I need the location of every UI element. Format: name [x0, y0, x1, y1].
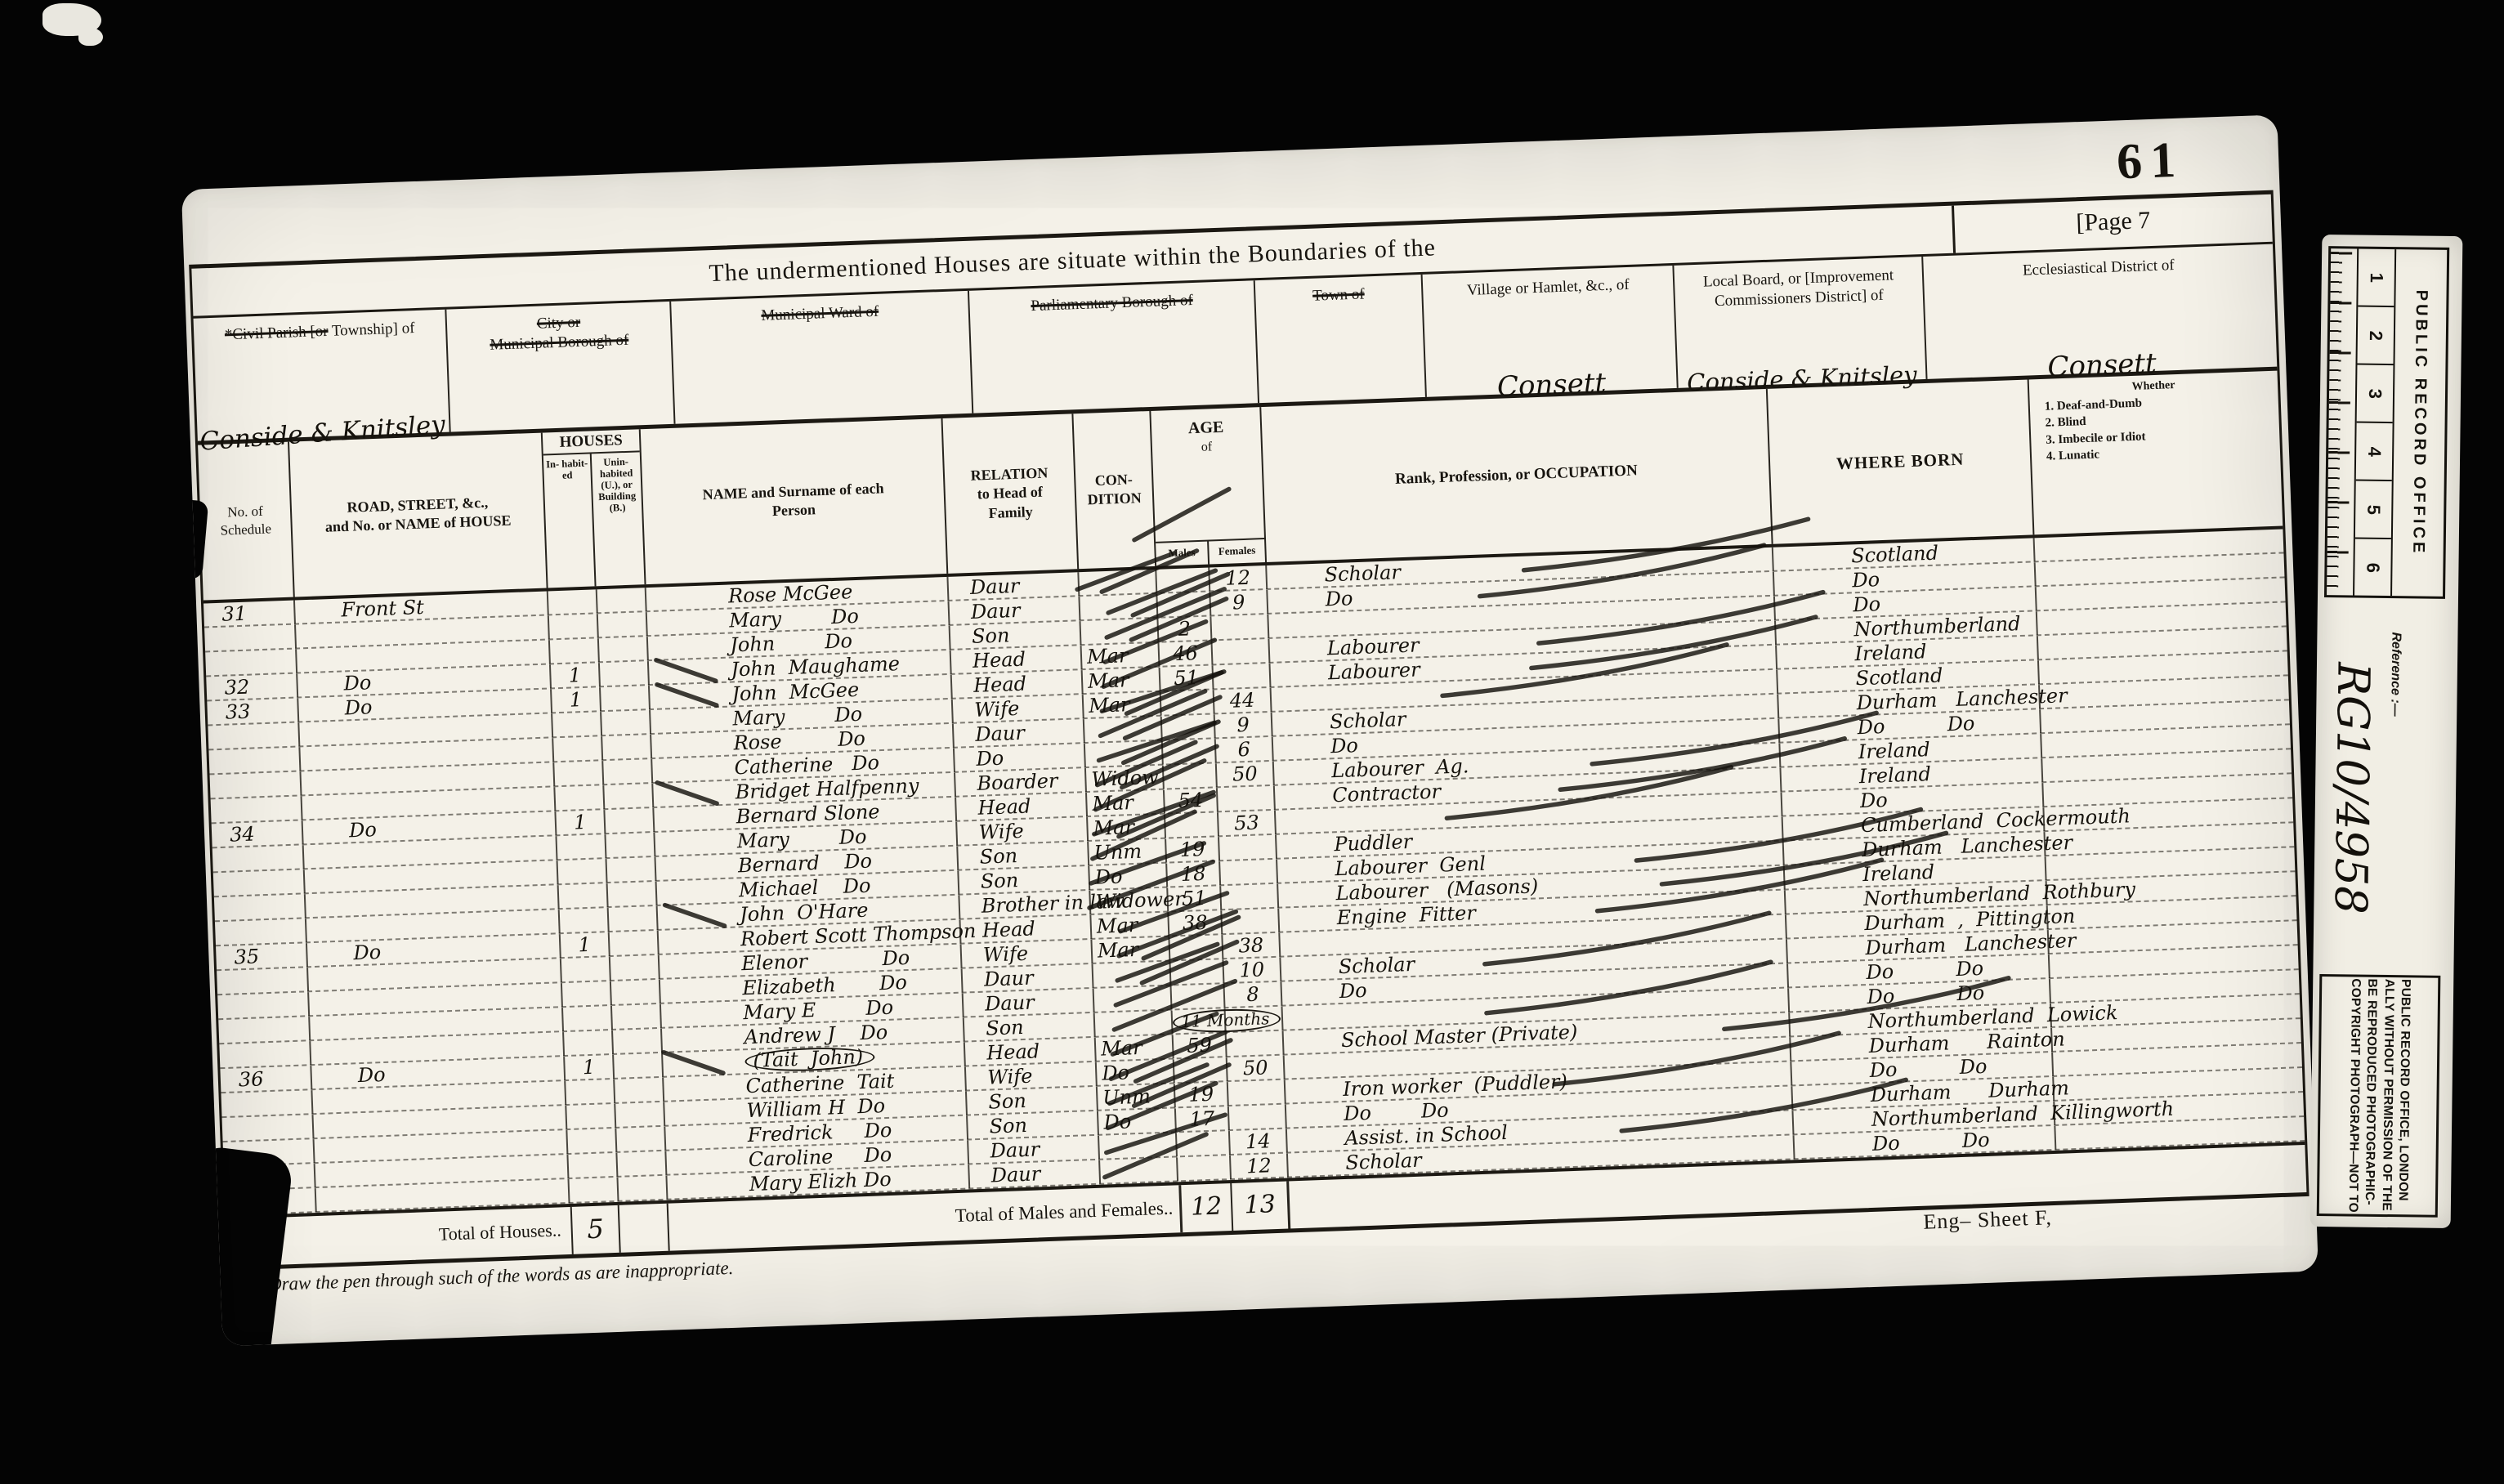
age-females-cell: 38	[1223, 933, 1281, 959]
age-males-cell: 11 Months	[1173, 1008, 1227, 1034]
inhabited-cell: 1	[565, 1055, 615, 1080]
uninhabited-cell	[597, 588, 647, 613]
age-females-cell	[1228, 1080, 1286, 1106]
ruler-number-cell: 4	[2356, 423, 2393, 482]
schedule-cell	[210, 771, 302, 798]
boundary-civil-parish: *Civil Parish [or Township] of Conside &…	[194, 310, 451, 441]
header-name: NAME and Surname of eachPerson	[641, 418, 949, 584]
condition-cell: Mar	[1091, 913, 1169, 939]
header-males: Males	[1156, 541, 1210, 565]
header-relation: RELATIONto Head ofFamily	[942, 413, 1079, 574]
inhabited-cell: 1	[552, 687, 601, 713]
age-females-cell	[1218, 786, 1276, 811]
torn-edge	[181, 1145, 294, 1346]
reference-value-wrap: RG10/4958	[2318, 612, 2386, 964]
age-females-cell	[1226, 1007, 1284, 1032]
age-males-cell: 59	[1174, 1033, 1227, 1058]
inhabited-cell	[553, 736, 603, 762]
age-males-cell: 19	[1166, 837, 1220, 862]
age-males-cell: 18	[1167, 861, 1221, 887]
age-males-cell: 51	[1160, 665, 1214, 691]
age-females-cell: 8	[1224, 982, 1282, 1008]
schedule-cell: 35	[216, 943, 308, 970]
pro-title: PUBLIC RECORD OFFICE	[2408, 290, 2430, 556]
header-uninhabited: Unin- habited (U.), or Building (B.)	[592, 450, 645, 586]
relation-cell: Wife	[966, 1062, 1098, 1091]
inhabited-cell: 1	[556, 810, 606, 835]
age-males-cell: 38	[1169, 910, 1223, 936]
uninhabited-cell	[608, 882, 658, 907]
inhabited-cell	[550, 638, 600, 664]
age-females-cell: 53	[1218, 811, 1277, 836]
uninhabited-cell	[610, 955, 660, 981]
page-label: [Page 7	[1952, 194, 2273, 253]
uninhabited-cell	[604, 784, 654, 809]
ruler-number-cell: 3	[2357, 365, 2394, 424]
age-females-cell	[1219, 835, 1277, 860]
inhabited-cell	[566, 1104, 616, 1129]
schedule-cell	[218, 1017, 311, 1044]
inhabited-cell	[552, 712, 602, 737]
inhabited-cell	[570, 1178, 619, 1203]
relation-cell: Son	[959, 866, 1090, 895]
ruler-box: 123456 PUBLIC RECORD OFFICE	[2324, 246, 2449, 599]
age-males-cell: 2	[1158, 616, 1212, 641]
condition-cell: Unm	[1089, 839, 1167, 865]
relation-cell: Brother in law	[959, 891, 1091, 919]
relation-cell: Daur	[950, 597, 1081, 625]
total-males: 12	[1178, 1183, 1233, 1232]
condition-cell: Mar	[1096, 1035, 1174, 1061]
schedule-cell: 34	[212, 820, 304, 847]
relation-cell: Head	[956, 793, 1088, 821]
reference-label: Reference :—	[2387, 632, 2403, 716]
ruler-number-cell: 1	[2358, 249, 2394, 308]
age-females-cell	[1221, 884, 1279, 910]
condition-cell: Mar	[1082, 643, 1160, 669]
uninhabited-cell	[606, 833, 655, 858]
inhabited-cell	[559, 883, 609, 909]
uninhabited-cell	[600, 661, 650, 686]
schedule-cell: 31	[203, 601, 296, 628]
age-males-cell: 19	[1175, 1082, 1229, 1107]
uninhabited-cell	[599, 637, 649, 662]
relation-cell: Daur	[948, 572, 1080, 601]
relation-cell: Do	[955, 744, 1086, 772]
age-females-cell	[1222, 909, 1280, 934]
inhabited-cell	[564, 1030, 614, 1056]
header-condition: CON-DITION	[1073, 411, 1156, 569]
schedule-cell	[211, 796, 303, 823]
uninhabited-cell	[613, 1029, 663, 1054]
uninhabited-cell	[601, 710, 651, 735]
age-males-cell	[1162, 714, 1216, 740]
age-males-cell	[1161, 690, 1215, 715]
header-females: Females	[1209, 539, 1265, 564]
condition-cell: Mar	[1092, 937, 1170, 963]
age-males-cell: 54	[1165, 788, 1218, 813]
ruler-numbers: 123456	[2354, 249, 2396, 597]
age-females-cell	[1211, 615, 1269, 640]
condition-cell: Do	[1089, 864, 1168, 890]
relation-cell: Son	[967, 1087, 1098, 1115]
uninhabited-cell	[598, 612, 648, 637]
total-females: 13	[1232, 1181, 1290, 1230]
schedule-cell: 33	[207, 698, 299, 725]
uninhabited-cell	[602, 735, 652, 760]
uninhabited-cell	[612, 1004, 662, 1030]
relation-cell: Head	[960, 915, 1092, 944]
condition-cell	[1094, 986, 1173, 1012]
age-males-cell	[1170, 959, 1224, 985]
condition-cell: Do	[1097, 1059, 1175, 1085]
inhabited-cell	[561, 957, 611, 982]
relation-cell: Wife	[957, 817, 1089, 846]
condition-cell	[1099, 1133, 1178, 1159]
condition-cell	[1093, 961, 1172, 987]
age-females-cell: 9	[1210, 590, 1268, 615]
inhabited-cell	[558, 859, 608, 884]
schedule-cell	[215, 919, 307, 945]
age-males-cell: 46	[1159, 641, 1213, 666]
age-males-cell	[1178, 1155, 1232, 1181]
schedule-cell	[217, 968, 309, 995]
age-males-cell	[1172, 984, 1226, 1009]
schedule-cell	[222, 1115, 315, 1142]
age-males-cell	[1174, 1057, 1228, 1083]
condition-cell	[1100, 1157, 1178, 1183]
schedule-cell: 32	[206, 673, 298, 700]
reference-value: RG10/4958	[2325, 662, 2380, 914]
ruler-number-cell: 2	[2357, 307, 2394, 366]
condition-cell: Do	[1098, 1108, 1177, 1134]
header-road: ROAD, STREET, &c.,and No. or NAME of HOU…	[289, 433, 548, 597]
condition-cell: Mar	[1083, 668, 1161, 694]
age-females-cell	[1229, 1105, 1287, 1130]
boundary-local-board: Local Board, or [Improvement Commissione…	[1674, 257, 1927, 388]
inhabited-cell	[554, 761, 604, 786]
condition-cell	[1095, 1010, 1174, 1036]
relation-cell: Head	[965, 1038, 1097, 1066]
uninhabited-cell	[607, 857, 657, 883]
header-inhabited: In- habit- ed	[543, 452, 597, 588]
age-males-cell	[1177, 1131, 1231, 1156]
age-females-cell	[1227, 1031, 1285, 1057]
age-males-cell	[1164, 763, 1218, 789]
relation-cell: Head	[951, 646, 1083, 674]
pro-reference-strip: 123456 PUBLIC RECORD OFFICE Reference :—…	[2310, 235, 2463, 1228]
relation-cell: Son	[968, 1111, 1099, 1140]
boundary-ecclesiastical: Ecclesiastical District of Consett	[1923, 244, 2277, 379]
uninhabited-cell	[617, 1151, 667, 1177]
condition-cell	[1079, 570, 1157, 596]
relation-cell: Daur	[969, 1160, 1101, 1189]
schedule-cell	[214, 894, 306, 921]
reference-label-wrap: Reference :—	[2385, 605, 2406, 744]
uninhabited-cell	[615, 1078, 664, 1103]
inhabited-cell: 1	[561, 932, 610, 958]
boundary-parliamentary-borough: Parliamentary Borough of	[969, 280, 1259, 413]
uninhabited-cell	[618, 1176, 668, 1201]
age-females-cell	[1212, 639, 1270, 664]
relation-cell: Wife	[962, 940, 1093, 968]
inhabited-cell	[562, 981, 612, 1007]
relation-cell: Son	[950, 621, 1082, 650]
relation-cell: Boarder	[955, 768, 1087, 797]
uninhabited-cell	[610, 931, 660, 956]
condition-cell: Widow	[1086, 766, 1165, 792]
age-females-cell	[1220, 860, 1278, 885]
uninhabited-cell	[616, 1127, 666, 1152]
boundary-city-borough: City or Municipal Borough of	[446, 302, 675, 432]
header-disabilities: Whether 1. Deaf-and-Dumb2. Blind3. Imbec…	[2029, 371, 2283, 535]
uninhabited-cell	[611, 980, 661, 1005]
relation-cell: Son	[964, 1013, 1096, 1042]
schedule-cell	[217, 992, 310, 1019]
film-speck	[78, 28, 103, 46]
age-males-cell	[1165, 812, 1219, 838]
boundary-village: Village or Hamlet, &c., of Consett	[1423, 266, 1679, 397]
condition-cell	[1085, 741, 1164, 767]
condition-cell	[1080, 594, 1158, 620]
pro-title-cell: PUBLIC RECORD OFFICE	[2392, 249, 2447, 597]
age-females-cell: 12	[1231, 1154, 1289, 1179]
ruler-number-cell: 6	[2354, 539, 2391, 597]
relation-cell: Daur	[963, 964, 1094, 993]
relation-cell: Daur	[954, 719, 1085, 748]
header-houses: HOUSES In- habit- ed Unin- habited (U.),…	[543, 429, 646, 588]
condition-cell	[1080, 619, 1159, 645]
ruler-ticks	[2327, 248, 2359, 595]
header-where-born: WHERE BORN	[1768, 379, 2035, 543]
condition-cell	[1084, 717, 1163, 743]
age-females-cell: 50	[1217, 762, 1275, 787]
relation-cell: Wife	[953, 695, 1084, 723]
age-males-cell: 17	[1176, 1106, 1230, 1132]
boundary-town: Town of	[1255, 275, 1427, 403]
disability-list: 1. Deaf-and-Dumb2. Blind3. Imbecile or I…	[2030, 391, 2281, 466]
total-houses-value: 5	[570, 1205, 621, 1254]
relation-cell: Daur	[968, 1136, 1100, 1164]
age-males-cell	[1156, 567, 1210, 592]
inhabited-cell	[566, 1079, 615, 1105]
uninhabited-cell	[605, 808, 655, 834]
inhabited-cell	[555, 785, 605, 811]
boundary-municipal-ward: Municipal Ward of	[671, 291, 973, 424]
age-females-cell: 10	[1223, 958, 1281, 983]
schedule-cell	[213, 869, 306, 896]
schedule-cell	[208, 747, 301, 774]
inhabited-cell	[557, 834, 606, 860]
census-page: 61 The undermentioned Houses are situate…	[181, 114, 2318, 1346]
condition-cell: Unm	[1098, 1084, 1176, 1110]
inhabited-cell	[563, 1006, 613, 1031]
schedule-cell	[205, 649, 297, 676]
header-occupation: Rank, Profession, or OCCUPATION	[1261, 389, 1773, 562]
relation-cell: Son	[958, 842, 1089, 870]
census-form: The undermentioned Houses are situate wi…	[189, 190, 2309, 1272]
condition-cell: Mar	[1084, 692, 1162, 718]
schedule-cell	[208, 722, 300, 749]
age-females-cell: 14	[1230, 1129, 1288, 1155]
age-males-cell	[1163, 739, 1217, 764]
folio-number: 61	[2116, 132, 2184, 192]
condition-cell: Mar	[1087, 790, 1165, 816]
condition-cell: Mar	[1088, 815, 1166, 841]
schedule-cell	[219, 1041, 311, 1068]
inhabited-cell	[568, 1153, 618, 1178]
header-schedule: No. ofSchedule	[198, 442, 295, 601]
header-age: AGEof Males Females	[1151, 407, 1267, 566]
inhabited-cell	[567, 1129, 617, 1154]
age-males-cell	[1157, 592, 1211, 617]
relation-cell: Daur	[964, 989, 1095, 1017]
copyright-text: COPYRIGHT PHOTOGRAPH—NOT TOBE REPRODUCED…	[2344, 978, 2413, 1213]
age-males-cell: 51	[1168, 886, 1222, 911]
rows-container: 31 Front St Rose McGee Daur 12 Scholar S…	[203, 529, 2305, 1216]
inhabited-cell	[560, 908, 610, 933]
uninhabited-cell	[614, 1053, 664, 1079]
schedule-cell	[212, 845, 305, 872]
relation-cell: Head	[952, 670, 1084, 699]
uninhabited-cell	[603, 759, 653, 784]
age-males-cell	[1169, 935, 1223, 960]
schedule-cell	[221, 1090, 313, 1117]
age-females-cell: 9	[1215, 713, 1273, 738]
age-females-cell: 50	[1227, 1056, 1286, 1081]
copyright-box: COPYRIGHT PHOTOGRAPH—NOT TOBE REPRODUCED…	[2317, 974, 2441, 1218]
uninhabited-cell	[615, 1102, 665, 1128]
age-females-cell: 6	[1216, 737, 1274, 762]
uninhabited-cell	[601, 686, 651, 711]
schedule-cell: 36	[220, 1066, 312, 1093]
schedule-cell	[204, 625, 297, 652]
inhabited-cell: 1	[551, 663, 601, 688]
age-females-cell: 12	[1210, 565, 1268, 591]
age-females-cell: 44	[1214, 688, 1272, 713]
age-females-cell	[1214, 664, 1272, 689]
condition-cell: Widower	[1090, 888, 1169, 914]
sheet-note: Eng– Sheet F,	[1923, 1205, 2053, 1235]
ruler-number-cell: 5	[2355, 481, 2392, 540]
inhabited-cell	[548, 589, 598, 615]
uninhabited-cell	[609, 906, 659, 932]
inhabited-cell	[549, 614, 599, 639]
